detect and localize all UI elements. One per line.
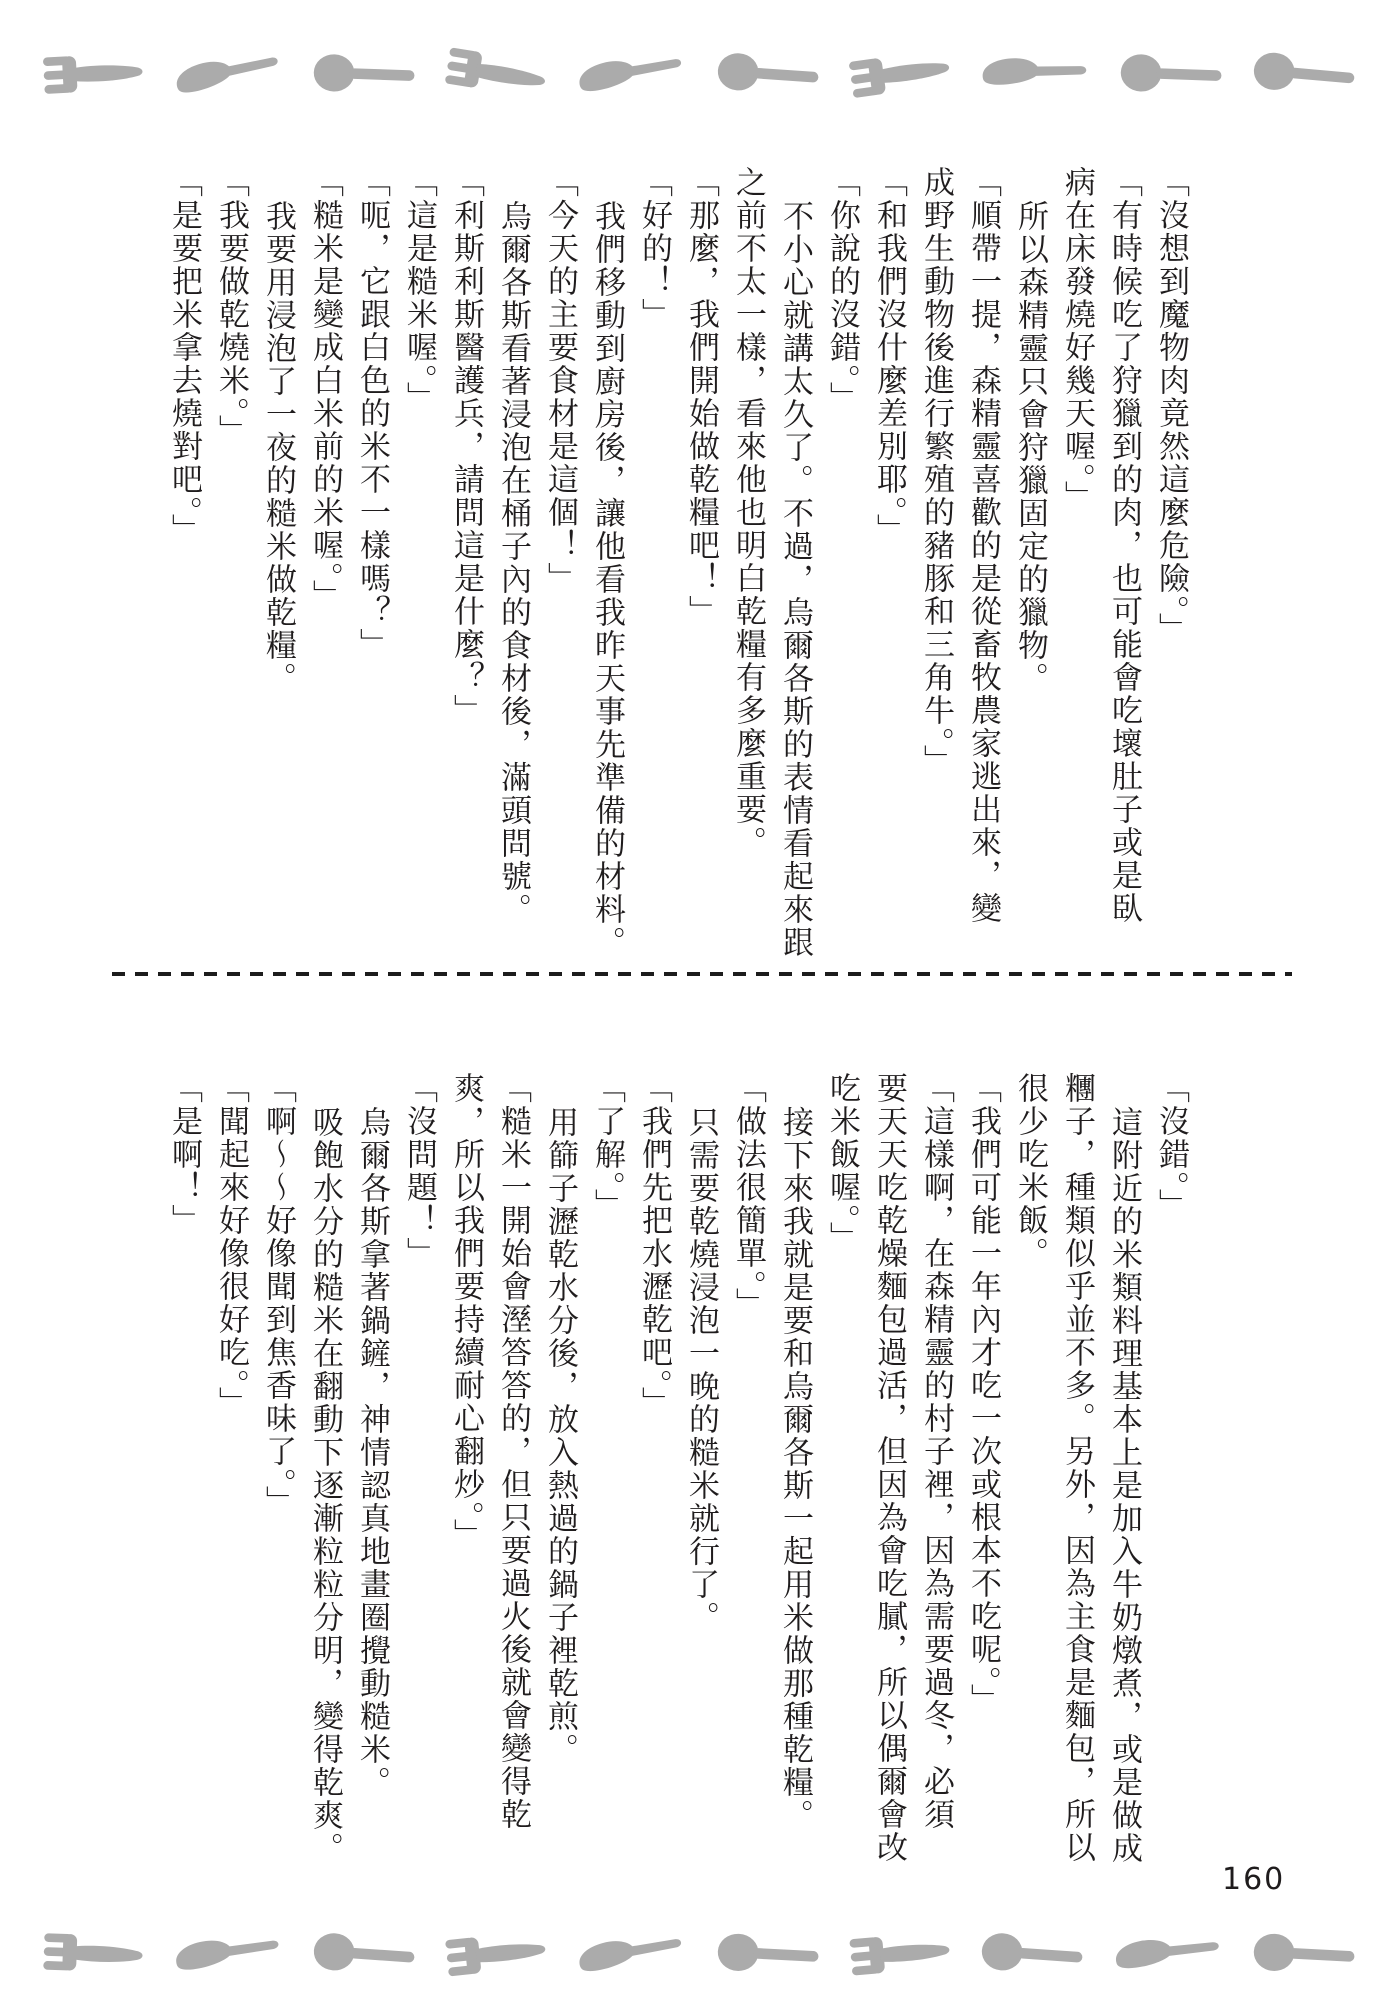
spoon-icon: [714, 45, 823, 102]
text-column: 「利斯利斯醫護兵，請問這是什麼？」: [442, 166, 489, 934]
text-column: 「今天的主要食材是這個！」: [536, 166, 583, 934]
text-column: 「我要做乾燒米。」: [207, 166, 254, 934]
text-column: 之前不太一樣，看來他也明白乾糧有多麼重要。: [724, 166, 771, 934]
text-column: 「有時候吃了狩獵到的肉，也可能會吃壞肚子或是臥: [1100, 166, 1147, 934]
text-column: 「你說的沒錯。」: [818, 166, 865, 934]
text-column: 很少吃米飯。: [1006, 1072, 1053, 1848]
text-column: 我們移動到廚房後，讓他看我昨天事先準備的材料。: [583, 166, 630, 934]
fork-icon: [443, 1924, 552, 1985]
text-column: 「沒想到魔物肉竟然這麼危險。」: [1147, 166, 1194, 934]
text-column: 「好的！」: [630, 166, 677, 934]
page-number: 160: [1222, 1862, 1285, 1897]
spoon-icon: [311, 47, 419, 101]
page-text-bottom: 「沒錯。」這附近的米類料理基本上是加入牛奶燉煮，或是做成糰子，種類似乎並不多。另…: [160, 1072, 1194, 1848]
text-column: 「和我們沒什麼差別耶。」: [865, 166, 912, 934]
text-column: 「了解。」: [583, 1072, 630, 1848]
text-column: 「糙米是變成白米前的米喔。」: [301, 166, 348, 934]
text-column: 接下來我就是要和烏爾各斯一起用米做那種乾糧。: [771, 1072, 818, 1848]
text-column: 要天天吃乾燥麵包過活，但因為會吃膩，所以偶爾會改: [865, 1072, 912, 1848]
fork-icon: [442, 41, 553, 107]
page-text-top: 「沒想到魔物肉竟然這麼危險。」「有時候吃了狩獵到的肉，也可能會吃壞肚子或是臥病在…: [160, 166, 1194, 934]
text-column: 我要用浸泡了一夜的糙米做乾糧。: [254, 166, 301, 934]
text-column: 爽，所以我們要持續耐心翻炒。」: [442, 1072, 489, 1848]
knife-icon: [1110, 1921, 1228, 1986]
text-column: 吸飽水分的糙米在翻動下逐漸粒粒分明，變得乾爽。: [301, 1072, 348, 1848]
text-column: 這附近的米類料理基本上是加入牛奶燉煮，或是做成: [1100, 1072, 1147, 1848]
text-column: 「做法很簡單。」: [724, 1072, 771, 1848]
text-column: 烏爾各斯看著浸泡在桶子內的食材後，滿頭問號。: [489, 166, 536, 934]
text-column: 糰子，種類似乎並不多。另外，因為主食是麵包，所以: [1053, 1072, 1100, 1848]
spoon-icon: [1118, 47, 1226, 101]
text-column: 「那麼，我們開始做乾糧吧！」: [677, 166, 724, 934]
text-column: 只需要乾燒浸泡一晚的糙米就行了。: [677, 1072, 724, 1848]
text-column: 「沒錯。」: [1147, 1072, 1194, 1848]
spoon-icon: [311, 1925, 420, 1982]
fork-icon: [41, 46, 147, 101]
text-column: 烏爾各斯拿著鍋鏟，神情認真地畫圈攪動糙米。: [348, 1072, 395, 1848]
text-column: 用篩子瀝乾水分後，放入熱過的鍋子裡乾煎。: [536, 1072, 583, 1848]
book-page: 「沒想到魔物肉竟然這麼危險。」「有時候吃了狩獵到的肉，也可能會吃壞肚子或是臥病在…: [0, 0, 1400, 2008]
text-column: 「呃，它跟白色的米不一樣嗎？」: [348, 166, 395, 934]
knife-icon: [572, 38, 692, 110]
text-column: 「這是糙米喔。」: [395, 166, 442, 934]
text-column: 吃米飯喔。」: [818, 1072, 865, 1848]
text-column: 不小心就講太久了。不過，烏爾各斯的表情看起來跟: [771, 166, 818, 934]
spoon-icon: [714, 1926, 822, 1981]
text-column: 「我們先把水瀝乾吧。」: [630, 1072, 677, 1848]
spoon-icon: [978, 1925, 1087, 1982]
fork-icon: [846, 42, 956, 106]
knife-icon: [979, 46, 1093, 102]
spoon-icon: [1251, 1926, 1359, 1981]
cutlery-border-bottom: [0, 1922, 1400, 1986]
fork-icon: [847, 1925, 955, 1984]
spoon-icon: [1250, 44, 1360, 103]
text-column: 成野生動物後進行繁殖的豬豚和三角牛。」: [912, 166, 959, 934]
knife-icon: [169, 36, 290, 112]
text-column: 「糙米一開始會溼答答的，但只要過火後就會變得乾: [489, 1072, 536, 1848]
knife-icon: [572, 1918, 692, 1990]
text-column: 「是要把米拿去燒對吧。」: [160, 166, 207, 934]
text-column: 「這樣啊，在森精靈的村子裡，因為需要過冬，必須: [912, 1072, 959, 1848]
text-column: 「我們可能一年內才吃一次或根本不吃呢。」: [959, 1072, 1006, 1848]
text-column: 「聞起來好像很好吃。」: [207, 1072, 254, 1848]
text-column: 「啊～～好像聞到焦香味了。」: [254, 1072, 301, 1848]
text-column: 「沒問題！」: [395, 1072, 442, 1848]
text-column: 「是啊！」: [160, 1072, 207, 1848]
cutlery-border-top: [0, 42, 1400, 106]
text-column: 「順帶一提，森精靈喜歡的是從畜牧農家逃出來，變: [959, 166, 1006, 934]
text-column: 病在床發燒好幾天喔。」: [1053, 166, 1100, 934]
knife-icon: [170, 1920, 289, 1989]
fork-icon: [41, 1927, 147, 1981]
text-column: 所以森精靈只會狩獵固定的獵物。: [1006, 166, 1053, 934]
section-divider: [112, 972, 1292, 976]
